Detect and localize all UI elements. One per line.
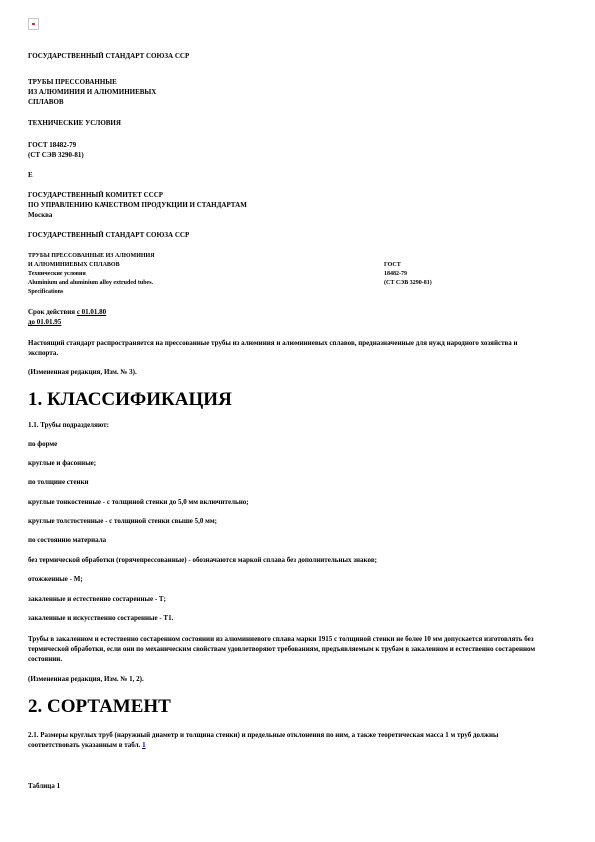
s1-p12: Трубы в закаленном и естественно состаре… <box>28 634 548 664</box>
validity-from: с 01.01.80 <box>77 308 106 316</box>
title-line-2: ИЗ АЛЮМИНИЯ И АЛЮМИНИЕВЫХ <box>28 88 156 97</box>
city: Москва <box>28 211 52 220</box>
s2-p1: 2.1. Размеры круглых труб (наружный диам… <box>28 730 548 750</box>
broken-image-icon <box>28 18 39 30</box>
s1-p10: закаленные и естественно состаренные - Т… <box>28 595 166 604</box>
tb-right-line-3: (СТ СЭВ 3290-81) <box>384 279 432 287</box>
s1-p5: круглые тонкостенные - с толщиной стенки… <box>28 498 249 507</box>
edition-letter: Е <box>28 171 33 180</box>
s1-p11: закаленные и искусственно состаренные - … <box>28 614 173 623</box>
committee-line-1: ГОСУДАРСТВЕННЫЙ КОМИТЕТ СССР <box>28 191 163 200</box>
section-2-heading: 2. СОРТАМЕНТ <box>28 696 171 718</box>
tb-left-line-2: И АЛЮМИНИЕВЫХ СПЛАВОВ <box>28 261 120 269</box>
title-line-3: СПЛАВОВ <box>28 98 64 107</box>
intro-revision: (Измененная редакция, Изм. № 3). <box>28 368 137 377</box>
tb-right-line-1: ГОСТ <box>384 261 401 269</box>
table-caption: Таблица 1 <box>28 782 60 791</box>
committee-line-2: ПО УПРАВЛЕНИЮ КАЧЕСТВОМ ПРОДУКЦИИ И СТАН… <box>28 201 247 210</box>
validity-line-1: Срок действия с 01.01.80 <box>28 308 106 317</box>
intro-paragraph: Настоящий стандарт распространяется на п… <box>28 338 548 358</box>
s1-p2: по форме <box>28 440 57 449</box>
s2-p1-text: 2.1. Размеры круглых труб (наружный диам… <box>28 731 498 749</box>
s1-p3: круглые и фасонные; <box>28 459 96 468</box>
tb-left-line-5: Specifications <box>28 288 63 296</box>
s1-p1: 1.1. Трубы подразделяют: <box>28 421 109 430</box>
validity-line-2: до 01.01.95 <box>28 318 61 327</box>
validity-to: до 01.01.95 <box>28 318 61 326</box>
section-1-heading: 1. КЛАССИФИКАЦИЯ <box>28 389 232 411</box>
s1-p4: по толщине стенки <box>28 478 89 487</box>
state-standard-label-2: ГОСУДАРСТВЕННЫЙ СТАНДАРТ СОЮЗА ССР <box>28 231 189 240</box>
tb-left-line-1: ТРУБЫ ПРЕССОВАННЫЕ ИЗ АЛЮМИНИЯ <box>28 252 155 260</box>
validity-label: Срок действия <box>28 308 77 316</box>
s1-p6: круглые толстостенные - с толщиной стенк… <box>28 517 217 526</box>
s1-revision: (Измененная редакция, Изм. № 1, 2). <box>28 675 144 684</box>
gost-number: ГОСТ 18482-79 <box>28 141 76 150</box>
s1-p7: по состоянию материала <box>28 536 106 545</box>
subtitle: ТЕХНИЧЕСКИЕ УСЛОВИЯ <box>28 119 121 128</box>
tb-left-line-4: Aluminium and aluminium alloy extruded t… <box>28 279 153 287</box>
tb-left-line-3: Технические условия <box>28 270 86 278</box>
st-sev-number: (СТ СЭВ 3290-81) <box>28 151 84 160</box>
tb-right-line-2: 18482-79 <box>384 270 407 278</box>
s1-p8: без термической обработки (горячепрессов… <box>28 556 377 565</box>
s1-p9: отожженные - М; <box>28 575 83 584</box>
table-1-link[interactable]: 1 <box>142 741 146 749</box>
title-line-1: ТРУБЫ ПРЕССОВАННЫЕ <box>28 78 117 87</box>
state-standard-label: ГОСУДАРСТВЕННЫЙ СТАНДАРТ СОЮЗА ССР <box>28 52 189 61</box>
